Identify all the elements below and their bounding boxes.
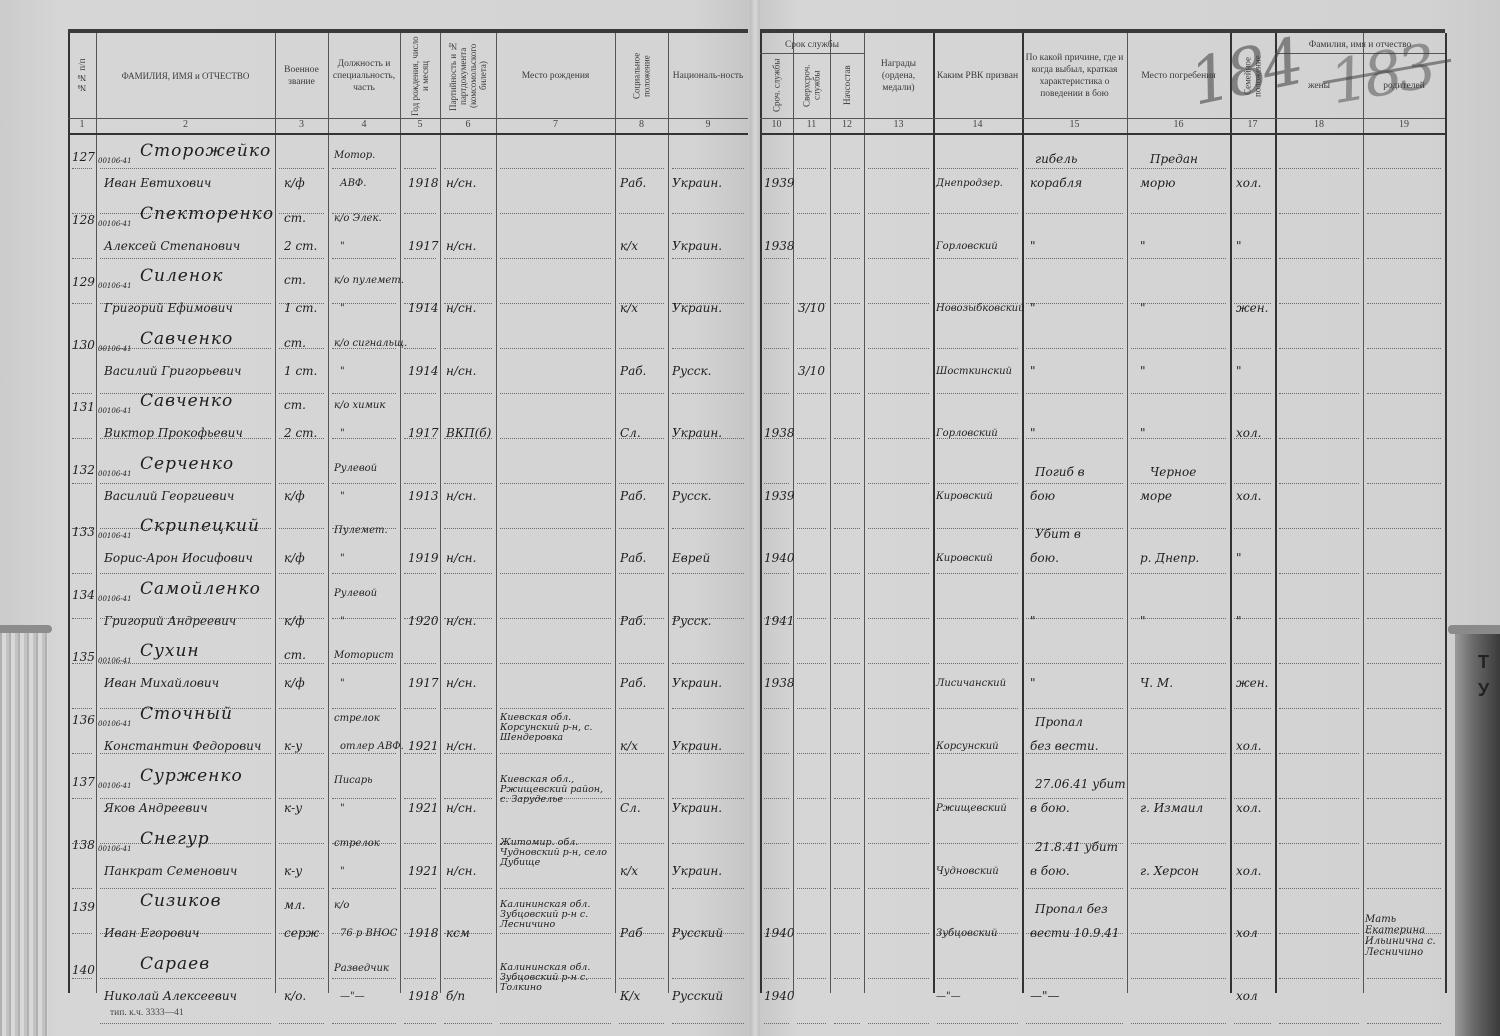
entry-birthplace: Калининская обл. Зубцовский р-н с. Лесни… [500, 900, 612, 930]
row-rule [332, 573, 396, 574]
entry-position-line2: " [340, 803, 345, 814]
entry-date: 00106-41 [98, 779, 132, 793]
entry-birthplace: Житомир. обл. Чудновский р-н, село Дубищ… [500, 838, 612, 868]
entry-reason-line2: " [1030, 676, 1036, 690]
entry-draft-office: Ржищевский [936, 803, 1007, 814]
entry-reason-line1: Пропал без [1035, 902, 1108, 916]
row-rule [797, 708, 826, 709]
entry-nationality: Украин. [672, 864, 722, 878]
entry-extended-term: 3/10 [798, 364, 825, 378]
row-rule [619, 753, 664, 754]
column-header: Националь-ность [670, 36, 746, 116]
entry-birth-year: 1917 [408, 426, 439, 440]
row-rule [672, 168, 744, 169]
row-rule [404, 573, 436, 574]
row-rule [72, 933, 92, 934]
row-rule [834, 483, 860, 484]
column-header: Место рождения [498, 36, 613, 116]
row-rule [1234, 348, 1271, 349]
row-rule [72, 303, 92, 304]
row-rule [1131, 798, 1226, 799]
column-number: 7 [496, 119, 615, 133]
row-rule [1279, 483, 1359, 484]
row-rule [1234, 528, 1271, 529]
entry-conscript-term: 1940 [764, 551, 795, 565]
entry-position-line1: Моторист [334, 650, 394, 661]
row-rule [1279, 618, 1359, 619]
row-rule [764, 798, 789, 799]
entry-position-line1: Рулевой [334, 588, 377, 599]
entry-reason-line1: 21.8.41 убит [1035, 840, 1118, 854]
entry-date: 00106-41 [98, 217, 132, 231]
row-rule [619, 1023, 664, 1024]
entry-surname: Спекторенко [140, 207, 274, 221]
entry-draft-office: Новозыбковский [936, 303, 1025, 314]
row-rule [797, 978, 826, 979]
row-rule [868, 843, 929, 844]
row-rule [619, 483, 664, 484]
entry-social-status: К/х [620, 989, 640, 1003]
entry-given-names: Виктор Прокофьевич [104, 426, 243, 440]
row-rule [500, 708, 611, 709]
entry-rank-prefix: ст. [284, 336, 306, 350]
row-rule [500, 663, 611, 664]
entry-rank-prefix: мл. [284, 898, 305, 912]
row-rule [764, 213, 789, 214]
row-rule [1131, 843, 1226, 844]
column-rule [668, 33, 669, 993]
row-rule [332, 258, 396, 259]
row-rule [868, 663, 929, 664]
row-rule [1367, 168, 1441, 169]
row-rule [1026, 483, 1123, 484]
row-rule [868, 1023, 929, 1024]
row-rule [72, 573, 92, 574]
entry-nationality: Украин. [672, 801, 722, 815]
row-rule [100, 978, 271, 979]
entry-position-line1: стрелок [334, 838, 380, 849]
row-rule [672, 528, 744, 529]
entry-draft-office: —"— [936, 991, 961, 1002]
row-rule [868, 933, 929, 934]
entry-nationality: Украин. [672, 426, 722, 440]
entry-nationality: Украин. [672, 239, 722, 253]
column-number: 19 [1363, 119, 1445, 133]
row-rule [868, 798, 929, 799]
entry-position-line2: " [340, 866, 345, 877]
row-rule [1131, 168, 1226, 169]
row-rule [1367, 483, 1441, 484]
entry-family-status: хол [1236, 989, 1258, 1003]
row-rule [1367, 798, 1441, 799]
row-rule [619, 708, 664, 709]
row-rule [444, 663, 492, 664]
entry-conscript-term: 1938 [764, 426, 795, 440]
row-rule [619, 213, 664, 214]
row-rule [279, 393, 324, 394]
entry-party: н/сн. [446, 614, 476, 628]
entry-burial-place: морю [1140, 176, 1175, 190]
row-rule [1234, 1023, 1271, 1024]
entry-birth-year: 1919 [408, 551, 439, 565]
row-rule [1234, 843, 1271, 844]
row-rule [868, 753, 929, 754]
entry-reason-line2: " [1030, 614, 1036, 628]
row-rule [404, 348, 436, 349]
row-rule [937, 483, 1018, 484]
entry-burial-place: Ч. М. [1140, 676, 1173, 690]
row-rule [444, 573, 492, 574]
row-rule [1279, 798, 1359, 799]
row-rule [672, 843, 744, 844]
entry-position-line2: " [340, 491, 345, 502]
row-rule [834, 528, 860, 529]
entry-position-line2: " [340, 366, 345, 377]
entry-burial-place: г. Измаил [1140, 801, 1203, 815]
entry-reason-line2: в бою. [1030, 864, 1070, 878]
entry-reason-line1: Погиб в [1035, 465, 1085, 479]
row-rule [937, 978, 1018, 979]
row-rule [444, 1023, 492, 1024]
row-rule [279, 753, 324, 754]
entry-social-status: Раб. [620, 551, 646, 565]
right-index-tab [1448, 625, 1500, 634]
entry-date: 00106-41 [98, 529, 132, 543]
row-rule [868, 213, 929, 214]
entry-extended-term: 3/10 [798, 301, 825, 315]
entry-family-status: " [1236, 614, 1242, 628]
row-rule [1279, 888, 1359, 889]
row-rule [834, 663, 860, 664]
entry-reason-line1: 27.06.41 убит [1035, 777, 1126, 791]
column-number: 4 [328, 119, 400, 133]
entry-rank: к/ф [284, 176, 305, 190]
row-rule [797, 663, 826, 664]
entry-rank: к/ф [284, 676, 305, 690]
row-rule [619, 888, 664, 889]
entry-reason-line1: гибель [1035, 152, 1077, 166]
entry-nationality: Русский [672, 926, 723, 940]
entry-party: н/сн. [446, 739, 476, 753]
entry-reason-line2: бою [1030, 489, 1055, 503]
row-rule [500, 1023, 611, 1024]
entry-number: 134 [72, 588, 95, 602]
entry-birthplace: Киевская обл., Ржищевский район, с. Зару… [500, 775, 612, 805]
row-rule [764, 258, 789, 259]
row-rule [279, 1023, 324, 1024]
entry-number: 135 [72, 650, 95, 664]
row-rule [1279, 213, 1359, 214]
row-rule [100, 798, 271, 799]
row-rule [672, 258, 744, 259]
entry-birth-year: 1921 [408, 801, 439, 815]
entry-position-line1: Писарь [334, 775, 373, 786]
row-rule [1026, 753, 1123, 754]
row-rule [1026, 168, 1123, 169]
column-number: 13 [864, 119, 933, 133]
entry-party: н/сн. [446, 176, 476, 190]
row-rule [1131, 483, 1226, 484]
row-rule [279, 798, 324, 799]
entry-position-line2: отлер АВФ. [340, 741, 404, 752]
row-rule [868, 303, 929, 304]
entry-social-status: к/х [620, 239, 638, 253]
entry-number: 129 [72, 275, 95, 289]
entry-burial-place: р. Днепр. [1140, 551, 1199, 565]
entry-draft-office: Шосткинский [936, 366, 1012, 377]
row-rule [672, 888, 744, 889]
column-rule [615, 33, 616, 993]
row-rule [797, 393, 826, 394]
row-rule [72, 888, 92, 889]
row-rule [1026, 798, 1123, 799]
row-rule [868, 978, 929, 979]
column-header: Социальное положение [617, 36, 666, 116]
column-header: Сроч. службы [762, 55, 791, 116]
index-tab-letter: У [1478, 680, 1489, 701]
entry-draft-office: Лисичанский [936, 678, 1006, 689]
row-rule [1131, 348, 1226, 349]
row-rule [834, 843, 860, 844]
entry-given-names: Алексей Степанович [104, 239, 240, 253]
row-rule [100, 168, 271, 169]
row-rule [72, 753, 92, 754]
entry-rank: к/о. [284, 989, 306, 1003]
entry-position-line2: 76 р ВНОС [340, 928, 397, 939]
row-rule [1131, 573, 1226, 574]
column-rule [496, 33, 497, 993]
column-rule [1363, 33, 1364, 993]
column-header: По какой причине, где и когда выбыл, кра… [1024, 36, 1125, 116]
row-rule [332, 483, 396, 484]
row-rule [279, 663, 324, 664]
row-rule [834, 348, 860, 349]
row-rule [500, 393, 611, 394]
entry-reason-line1: Убит в [1035, 527, 1081, 541]
row-rule [1131, 978, 1226, 979]
entry-social-status: к/х [620, 739, 638, 753]
row-rule [797, 843, 826, 844]
entry-given-names: Иван Евтихович [104, 176, 211, 190]
row-rule [1234, 798, 1271, 799]
row-rule [1279, 348, 1359, 349]
row-rule [1131, 663, 1226, 664]
row-rule [672, 348, 744, 349]
column-header: ФАМИЛИЯ, ИМЯ и ОТЧЕСТВО [98, 36, 273, 116]
row-rule [619, 528, 664, 529]
entry-family-status: " [1236, 551, 1242, 565]
entry-position-line1: к/о сигнальщ. [334, 338, 407, 349]
row-rule [937, 393, 1018, 394]
row-rule [1279, 393, 1359, 394]
row-rule [332, 393, 396, 394]
row-rule [500, 753, 611, 754]
entry-social-status: Сл. [620, 801, 641, 815]
row-rule [279, 528, 324, 529]
entry-position-line1: к/о [334, 900, 349, 911]
row-rule [1234, 753, 1271, 754]
row-rule [404, 483, 436, 484]
row-rule [1367, 528, 1441, 529]
row-rule [500, 348, 611, 349]
row-rule [1279, 573, 1359, 574]
row-rule [868, 618, 929, 619]
entry-birth-year: 1914 [408, 301, 439, 315]
entry-draft-office: Корсунский [936, 741, 999, 752]
entry-position-line1: стрелок [334, 713, 380, 724]
row-rule [500, 618, 611, 619]
column-rule [1127, 33, 1128, 993]
entry-reason-line1: Пропал [1035, 715, 1083, 729]
entry-rank: 2 ст. [284, 426, 317, 440]
row-rule [937, 753, 1018, 754]
entry-surname: Самойленко [140, 582, 261, 596]
row-rule [1279, 303, 1359, 304]
column-rule [864, 33, 865, 993]
book-spine [750, 0, 760, 1036]
row-rule [868, 573, 929, 574]
row-rule [834, 933, 860, 934]
row-rule [834, 393, 860, 394]
entry-birth-year: 1920 [408, 614, 439, 628]
row-rule [937, 1023, 1018, 1024]
entry-reason-line2: " [1030, 364, 1036, 378]
column-number: 17 [1230, 119, 1275, 133]
row-rule [1367, 303, 1441, 304]
entry-nationality: Украин. [672, 676, 722, 690]
row-rule [444, 708, 492, 709]
entry-position-line1: Пулемет. [334, 525, 388, 536]
row-rule [404, 708, 436, 709]
row-rule [1279, 978, 1359, 979]
column-number: 2 [96, 119, 275, 133]
row-rule [868, 483, 929, 484]
entry-rank-prefix: ст. [284, 398, 306, 412]
entry-draft-office: Чудновский [936, 866, 999, 877]
row-rule [868, 528, 929, 529]
column-number: 11 [793, 119, 830, 133]
entry-date: 00106-41 [98, 842, 132, 856]
entry-surname: Сторожейко [140, 144, 271, 158]
row-rule [1279, 258, 1359, 259]
entry-conscript-term: 1940 [764, 926, 795, 940]
row-rule [72, 393, 92, 394]
row-rule [764, 348, 789, 349]
entry-party: ксм [446, 926, 470, 940]
row-rule [1234, 663, 1271, 664]
entry-reason-line2: —"— [1030, 989, 1060, 1003]
entry-reason-line2: бою. [1030, 551, 1059, 565]
entry-nationality: Украин. [672, 176, 722, 190]
row-rule [834, 168, 860, 169]
entry-family-status: хол [1236, 926, 1258, 940]
entry-given-names: Василий Георгиевич [104, 489, 234, 503]
row-rule [619, 843, 664, 844]
row-rule [72, 258, 92, 259]
entry-reason-line2: корабля [1030, 176, 1082, 190]
row-rule [404, 843, 436, 844]
entry-rank: к/ф [284, 489, 305, 503]
row-rule [279, 258, 324, 259]
entry-position-line2: " [340, 616, 345, 627]
entry-position-line1: Мотор. [334, 150, 375, 161]
row-rule [1026, 303, 1123, 304]
entry-family-status: хол. [1236, 489, 1261, 503]
row-rule [937, 573, 1018, 574]
column-number-rule [760, 133, 1445, 135]
entry-surname: Савченко [140, 332, 233, 346]
entry-draft-office: Горловский [936, 428, 998, 439]
entry-position-line2: " [340, 678, 345, 689]
printer-mark: тип. к.ч. 3333—41 [110, 1008, 184, 1018]
row-rule [1234, 888, 1271, 889]
column-number: 15 [1022, 119, 1127, 133]
entry-given-names: Иван Егорович [104, 926, 199, 940]
entry-surname: Силенок [140, 269, 223, 283]
entry-given-names: Константин Федорович [104, 739, 261, 753]
row-rule [937, 663, 1018, 664]
entry-birthplace: Калининская обл. Зубцовский р-н с. Толки… [500, 963, 612, 993]
row-rule [797, 213, 826, 214]
row-rule [100, 1023, 271, 1024]
row-rule [834, 618, 860, 619]
row-rule [797, 573, 826, 574]
column-rule [400, 33, 401, 993]
column-rule [933, 33, 935, 993]
entry-surname: Сизиков [140, 894, 221, 908]
entry-family-status: " [1236, 364, 1242, 378]
row-rule [404, 258, 436, 259]
entry-number: 138 [72, 838, 95, 852]
left-page-stack-edge [0, 625, 48, 1036]
row-rule [672, 1023, 744, 1024]
entry-rank: серж [284, 926, 319, 940]
row-rule [332, 978, 396, 979]
entry-burial-place: " [1140, 301, 1146, 315]
row-rule [332, 168, 396, 169]
row-rule [404, 888, 436, 889]
column-header: Год рождения, число и месяц [402, 36, 438, 116]
row-rule [1131, 258, 1226, 259]
entry-surname: Серченко [140, 457, 234, 471]
entry-burial-line1: Черное [1150, 465, 1196, 479]
entry-party: н/сн. [446, 364, 476, 378]
column-rule [1445, 33, 1447, 993]
row-rule [1279, 843, 1359, 844]
row-rule [672, 213, 744, 214]
entry-nationality: Еврей [672, 551, 710, 565]
row-rule [764, 303, 789, 304]
entry-number: 127 [72, 150, 95, 164]
service-term-group-header: Срок службы [760, 37, 864, 53]
entry-surname: Савченко [140, 394, 233, 408]
row-rule [672, 663, 744, 664]
entry-rank-prefix: ст. [284, 648, 306, 662]
entry-draft-office: Кировский [936, 553, 993, 564]
entry-position-line1: Рулевой [334, 463, 377, 474]
row-rule [1234, 393, 1271, 394]
entry-family-status: хол. [1236, 739, 1261, 753]
row-rule [72, 978, 92, 979]
row-rule [797, 258, 826, 259]
entry-position-line2: АВФ. [340, 178, 366, 189]
row-rule [764, 843, 789, 844]
row-rule [834, 753, 860, 754]
group-header-rule [760, 53, 864, 54]
row-rule [1131, 933, 1226, 934]
row-rule [834, 978, 860, 979]
column-rule [96, 33, 97, 993]
